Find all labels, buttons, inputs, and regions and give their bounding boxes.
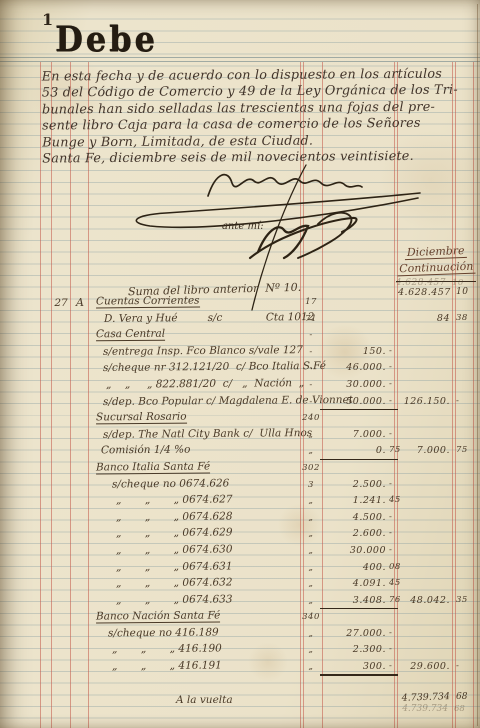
entry-description-cell: s/cheque nr 312.121/20 c/ Bco Italia S.F…: [96, 360, 326, 374]
entry-description-cell: s/cheque no 0674.626: [96, 477, 229, 490]
preamble-line: Santa Fe, diciembre seis de mil novecien…: [42, 149, 472, 168]
entry-description-cell: „ „ „ 0674.629: [96, 527, 233, 540]
entry-folio-number: -: [301, 397, 321, 407]
ledger-row: „ „ „ 0674.631 „ 400. 08: [0, 560, 480, 577]
ledger-page: 1 Debe En esta fecha y de acuerdo con lo…: [0, 0, 480, 728]
ante-mi-label: ante mí:: [222, 221, 264, 232]
entry-description: „ „ „ 416.190: [112, 643, 222, 656]
entry-folio-number: 3: [301, 480, 321, 490]
entry-folio-number: „: [301, 662, 321, 672]
entry-description-cell: „ „ „ 0674.630: [96, 543, 233, 556]
ledger-row: D. Vera y Hué s/c Cta 1012 71 84 38: [0, 311, 480, 328]
entry-folio-number: „: [301, 430, 321, 440]
ledger-row: Sucursal Rosario 240: [0, 410, 480, 427]
entry-description: s/cheque no 0674.626: [112, 477, 229, 490]
ledger-row: Casa Central -: [0, 327, 480, 344]
entry-folio-number: „: [301, 579, 321, 589]
entry-partial-amount: 30.000: [322, 545, 386, 556]
entry-description: „ „ „ 0674.632: [116, 576, 233, 589]
entry-description-cell: Sucursal Rosario: [96, 411, 187, 425]
entry-description-cell: „ „ „ 416.190: [96, 643, 222, 656]
entry-folio-number: „: [301, 546, 321, 556]
entry-description-cell: Banco Italia Santa Fé: [96, 460, 210, 474]
entry-description-cell: s/cheque no 416.189: [96, 626, 219, 639]
entry-description: s/cheque no 416.189: [108, 626, 219, 639]
entry-folio-number: „: [301, 513, 321, 523]
ledger-entries: Cuentas Corrientes 17 D. Vera y Hué s/c …: [0, 294, 480, 676]
entry-folio-number: -: [301, 363, 321, 373]
entry-folio-number: -: [301, 330, 321, 340]
page-number: 1: [42, 10, 53, 29]
second-signature-stroke: [298, 213, 351, 258]
entry-description: „ „ „ 822.881/20 c/ „ Nación „: [106, 377, 304, 391]
entry-folio-number: 71: [301, 314, 321, 324]
entry-description: s/dep. The Natl City Bank c/ Ulla Hnos: [103, 427, 312, 441]
entry-folio-number: „: [301, 645, 321, 655]
entry-description: „ „ „ 0674.633: [116, 593, 233, 606]
month-column-header: Diciembre Continuación: [395, 243, 476, 278]
entry-partial-cents: -: [389, 379, 401, 389]
signature-underline-flourish: [136, 193, 420, 227]
ledger-row: „ „ „ 0674.633 „ 3.408. 76 48.042. 35: [0, 593, 480, 610]
entry-partial-amount: 300.: [322, 661, 386, 672]
entry-description: „ „ „ 0674.629: [116, 527, 233, 540]
entry-total-cents: 38: [456, 313, 472, 323]
ledger-row: s/entrega Insp. Fco Blanco s/vale 127 - …: [0, 344, 480, 361]
entry-description-cell: „ „ „ 416.191: [96, 660, 222, 673]
page-total-ghost-cents: 68: [454, 704, 465, 714]
entry-folio-number: 340: [301, 612, 321, 622]
entry-folio-number: „: [301, 596, 321, 606]
ledger-row: s/cheque nr 312.121/20 c/ Bco Italia S.F…: [0, 360, 480, 377]
entry-partial-cents: -: [389, 512, 401, 522]
entry-folio-number: 240: [301, 413, 321, 423]
ledger-row: „ „ „ 0674.627 „ 1.241. 45: [0, 493, 480, 510]
entry-partial-amount: 4.500.: [322, 512, 386, 523]
entry-partial-amount: 7.000.: [322, 429, 386, 440]
sealing-note-paragraph: En esta fecha y de acuerdo con lo dispue…: [42, 67, 473, 168]
ledger-row: „ „ „ 0674.630 „ 30.000 -: [0, 543, 480, 560]
ledger-row: s/dep. Bco Popular c/ Magdalena E. de Vi…: [0, 394, 480, 411]
ledger-row: s/cheque no 0674.626 3 2.500. -: [0, 477, 480, 494]
entry-folio-number: „: [301, 529, 321, 539]
entry-partial-cents: 45: [389, 578, 401, 588]
entry-folio-number: -: [301, 380, 321, 390]
entry-total-cents: 35: [456, 595, 472, 605]
continuation-label: Continuación: [397, 260, 476, 277]
entry-partial-amount: 46.000.: [322, 362, 386, 373]
page-total-ghost: 4.739.734: [396, 704, 448, 714]
page-total-amount: 4.739.734: [398, 691, 450, 704]
entry-description-cell: „ „ „ 0674.628: [96, 510, 233, 523]
entry-total-amount: 29.600.: [398, 661, 450, 672]
entry-description: Comisión 1/4 %o: [101, 444, 190, 457]
entry-partial-amount: 4.091.: [322, 578, 386, 589]
entry-partial-cents: -: [389, 545, 401, 555]
entry-folio-number: „: [301, 496, 321, 506]
entry-partial-amount: 50.000.: [322, 396, 386, 407]
entry-description-cell: „ „ „ 0674.633: [96, 593, 233, 606]
entry-partial-cents: -: [389, 362, 401, 372]
entry-total-cents: -: [456, 661, 472, 671]
preamble-line: sente libro Caja para la casa de comerci…: [42, 116, 472, 135]
subtotal-rule: [320, 674, 398, 675]
entry-description: „ „ „ 416.191: [112, 660, 222, 673]
entry-total-amount: 48.042.: [398, 595, 450, 606]
entry-description: Sucursal Rosario: [96, 411, 187, 425]
entry-partial-amount: 2.600.: [322, 528, 386, 539]
entry-description: „ „ „ 0674.630: [116, 543, 233, 556]
entry-partial-cents: -: [389, 346, 401, 356]
entry-partial-amount: 30.000.: [322, 379, 386, 390]
ledger-row: s/dep. The Natl City Bank c/ Ulla Hnos „…: [0, 427, 480, 444]
entry-partial-amount: 2.500.: [322, 479, 386, 490]
ledger-row: Cuentas Corrientes 17: [0, 294, 480, 311]
ledger-row: „ „ „ 416.190 „ 2.300. -: [0, 642, 480, 659]
entry-description: Banco Nación Santa Fé: [96, 610, 220, 624]
entry-partial-cents: 08: [389, 562, 401, 572]
entry-description-cell: D. Vera y Hué s/c Cta 1012: [96, 311, 314, 325]
entry-partial-amount: 27.000.: [322, 628, 386, 639]
entry-description-cell: s/entrega Insp. Fco Blanco s/vale 127: [96, 344, 303, 358]
entry-description: D. Vera y Hué s/c Cta 1012: [104, 311, 314, 325]
entry-description-cell: „ „ „ 0674.631: [96, 560, 233, 573]
page-title-debe: Debe: [55, 18, 158, 59]
entry-description-cell: Banco Nación Santa Fé: [96, 610, 220, 624]
ledger-row: „ „ „ 0674.629 „ 2.600. -: [0, 526, 480, 543]
entry-description: Casa Central: [96, 328, 165, 342]
entry-partial-amount: 3.408.: [322, 595, 386, 606]
entry-description: „ „ „ 0674.631: [116, 560, 233, 573]
entry-folio-number: 17: [301, 297, 321, 307]
entry-partial-amount: 0.: [322, 445, 386, 456]
ledger-row: Comisión 1/4 %o „ 0. 75 7.000. 75: [0, 443, 480, 460]
entry-description-cell: „ „ „ 0674.627: [96, 494, 233, 507]
entry-folio-number: „: [301, 446, 321, 456]
entry-total-cents: -: [456, 396, 472, 406]
month-label: Diciembre: [405, 244, 467, 260]
entry-total-amount: 84: [398, 313, 450, 324]
entry-partial-amount: 1.241.: [322, 495, 386, 506]
page-total-cents: 68: [456, 692, 467, 702]
entry-description-cell: „ „ „ 822.881/20 c/ „ Nación „: [96, 377, 304, 391]
entry-description-cell: „ „ „ 0674.632: [96, 576, 233, 589]
ledger-row: Banco Italia Santa Fé 302: [0, 460, 480, 477]
entry-description: „ „ „ 0674.627: [116, 494, 233, 507]
entry-partial-cents: 45: [389, 495, 401, 505]
ledger-row: „ „ „ 0674.628 „ 4.500. -: [0, 510, 480, 527]
entry-description: Cuentas Corrientes: [96, 295, 200, 309]
ledger-row: „ „ „ 0674.632 „ 4.091. 45: [0, 576, 480, 593]
entry-partial-amount: 150.: [322, 346, 386, 357]
entry-partial-cents: -: [389, 479, 401, 489]
entry-partial-amount: 2.300.: [322, 644, 386, 655]
entry-total-amount: 126.150.: [398, 396, 450, 407]
entry-partial-cents: -: [389, 644, 401, 654]
entry-total-cents: 75: [456, 445, 472, 455]
entry-description: „ „ „ 0674.628: [116, 510, 233, 523]
entry-folio-number: 302: [301, 463, 321, 473]
entry-description-cell: Cuentas Corrientes: [96, 295, 200, 309]
entry-description-cell: Comisión 1/4 %o: [96, 444, 190, 457]
entry-folio-number: „: [301, 563, 321, 573]
entry-description: s/cheque nr 312.121/20 c/ Bco Italia S.F…: [103, 360, 326, 374]
entry-description: Banco Italia Santa Fé: [96, 460, 210, 474]
entry-folio-number: „: [301, 629, 321, 639]
ledger-row: Banco Nación Santa Fé 340: [0, 609, 480, 626]
entry-partial-cents: -: [389, 628, 401, 638]
ledger-row: „ „ „ 822.881/20 c/ „ Nación „ - 30.000.…: [0, 377, 480, 394]
entry-folio-number: -: [301, 347, 321, 357]
entry-total-amount: 7.000.: [398, 445, 450, 456]
ledger-row: s/cheque no 416.189 „ 27.000. -: [0, 626, 480, 643]
entry-description-cell: s/dep. The Natl City Bank c/ Ulla Hnos: [96, 427, 312, 441]
entry-description-cell: Casa Central: [96, 328, 165, 342]
entry-partial-amount: 400.: [322, 562, 386, 573]
ledger-row: „ „ „ 416.191 „ 300. - 29.600. -: [0, 659, 480, 676]
entry-partial-cents: -: [389, 528, 401, 538]
notary-signature-stroke: [208, 175, 362, 196]
header-rule-bottom: [0, 61, 480, 62]
carry-forward-label: A la vuelta: [176, 694, 233, 706]
entry-partial-cents: -: [389, 429, 401, 439]
entry-description: s/entrega Insp. Fco Blanco s/vale 127: [103, 344, 303, 358]
